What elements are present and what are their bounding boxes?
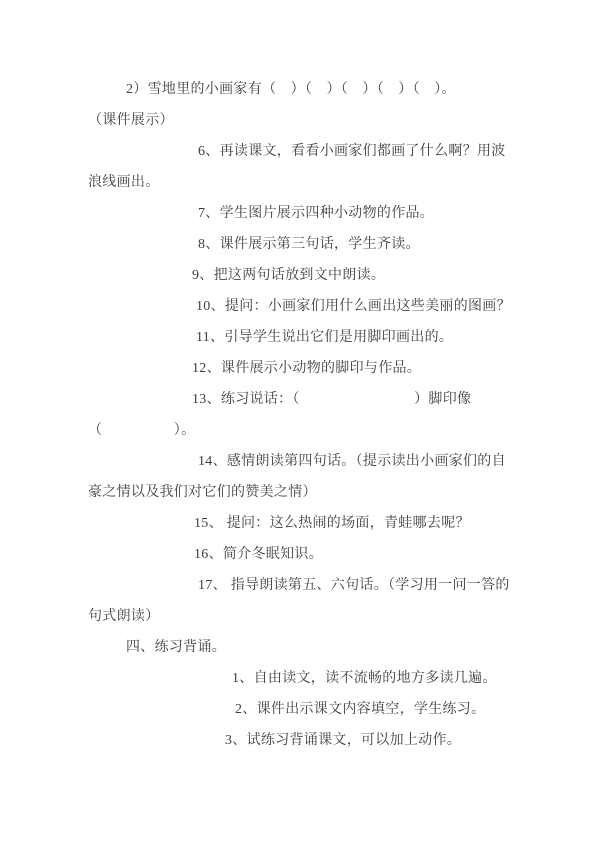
text-line: 15、 提问：这么热闹的场面，青蛙哪去呢？	[194, 508, 518, 539]
text-line: 12、课件展示小动物的脚印与作品。	[192, 353, 518, 384]
text-line-continuation: 句式朗读）	[88, 601, 518, 632]
text-line: 6、再读课文，看看小画家们都画了什么啊？用波	[198, 136, 518, 167]
text-line: 8、课件展示第三句话，学生齐读。	[198, 229, 518, 260]
text-line-continuation: 豪之情以及我们对它们的赞美之情）	[88, 477, 518, 508]
text-line: 1、自由读文，读不流畅的地方多读几遍。	[232, 663, 518, 694]
document-text-block: 2）雪地里的小画家有（ ）（ ）（ ）（ ）（ ）。 （课件展示） 6、再读课文…	[88, 74, 518, 756]
text-line: 9、把这两句话放到文中朗读。	[192, 260, 518, 291]
document-page: 2）雪地里的小画家有（ ）（ ）（ ）（ ）（ ）。 （课件展示） 6、再读课文…	[0, 0, 595, 842]
text-line: 14、感情朗读第四句话。（提示读出小画家们的自	[198, 446, 518, 477]
text-line: 2）雪地里的小画家有（ ）（ ）（ ）（ ）（ ）。	[126, 74, 518, 105]
text-line: 10、提问：小画家们用什么画出这些美丽的图画？	[196, 291, 518, 322]
text-line-continuation: （课件展示）	[88, 105, 518, 136]
text-line: 16、简介冬眠知识。	[194, 539, 518, 570]
text-line: 17、 指导朗读第五、六句话。（学习用一问一答的	[198, 570, 518, 601]
text-line-continuation: （ ）。	[88, 415, 518, 446]
text-line: 2、课件出示课文内容填空，学生练习。	[235, 694, 518, 725]
text-line: 3、试练习背诵课文，可以加上动作。	[225, 725, 518, 756]
text-line: 7、学生图片展示四种小动物的作品。	[198, 198, 518, 229]
text-line: 13、练习说话：（ ）脚印像	[192, 384, 518, 415]
text-line-continuation: 浪线画出。	[88, 167, 518, 198]
section-heading-line: 四、练习背诵。	[126, 632, 518, 663]
text-line: 11、引导学生说出它们是用脚印画出的。	[196, 322, 518, 353]
